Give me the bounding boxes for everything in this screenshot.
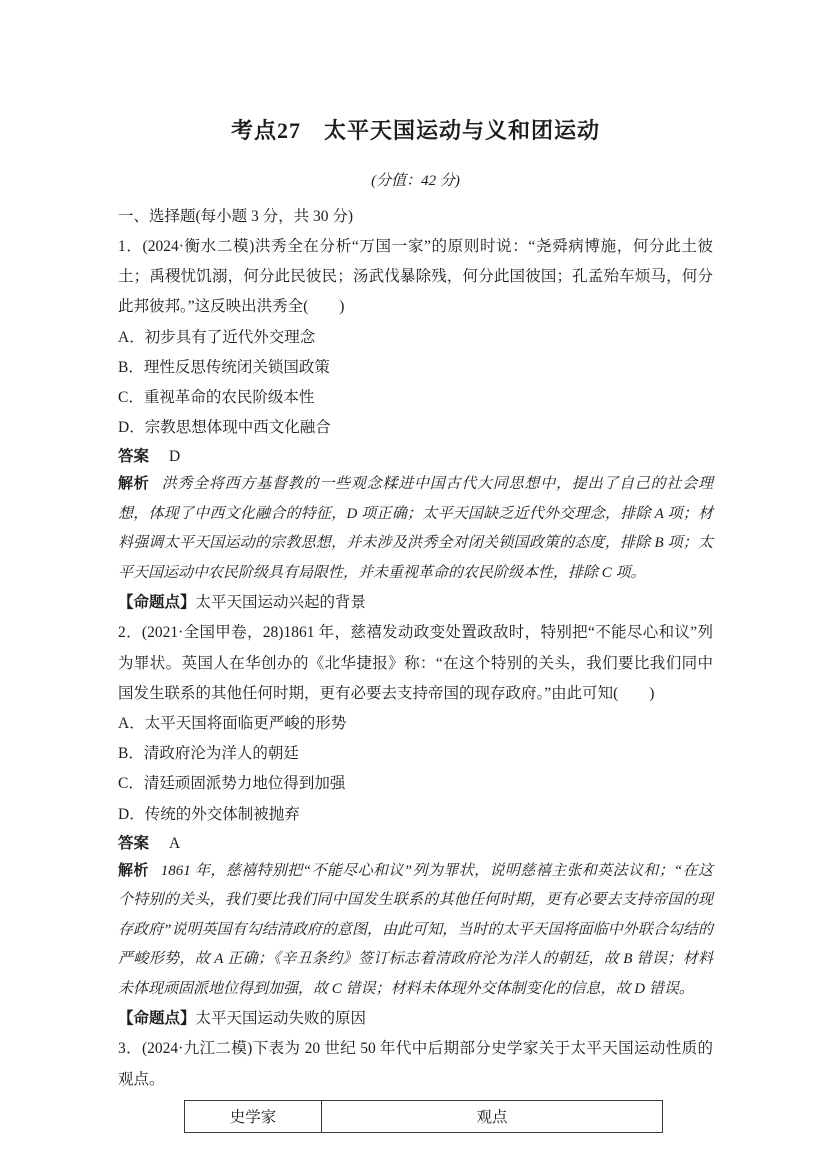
- question-1-analysis-text: 洪秀全将西方基督教的一些观念糅进中国古代大同思想中，提出了自己的社会理想，体现了…: [118, 476, 713, 581]
- section-heading: 一、选择题(每小题 3 分，共 30 分): [118, 202, 713, 232]
- question-1-analysis: 解析洪秀全将西方基督教的一些观念糅进中国古代大同思想中，提出了自己的社会理想，体…: [118, 470, 713, 588]
- table-header-historian: 史学家: [185, 1100, 322, 1132]
- question-2-answer-line: 答案A: [118, 830, 713, 857]
- question-2-option-d: D．传统的外交体制被抛弃: [118, 800, 713, 830]
- score-note: (分值：42 分): [118, 170, 713, 192]
- question-1: 1．(2024·衡水二模)洪秀全在分析“万国一家”的原则时说：“尧舜病博施，何分…: [118, 232, 713, 618]
- question-2-topic-line: 【命题点】太平天国运动失败的原因: [118, 1004, 713, 1034]
- question-2: 2．(2021·全国甲卷，28)1861 年，慈禧发动政变处置政敌时，特别把“不…: [118, 618, 713, 1034]
- question-2-stem: 2．(2021·全国甲卷，28)1861 年，慈禧发动政变处置政敌时，特别把“不…: [118, 618, 713, 709]
- table-header-row: 史学家 观点: [185, 1100, 663, 1132]
- question-1-option-d: D．宗教思想体现中西文化融合: [118, 413, 713, 443]
- answer-label: 答案: [118, 448, 149, 465]
- analysis-label: 解析: [118, 863, 149, 879]
- question-1-option-c: C．重视革命的农民阶级本性: [118, 383, 713, 413]
- worksheet-page: 考点27 太平天国运动与义和团运动 (分值：42 分) 一、选择题(每小题 3 …: [0, 0, 827, 1169]
- question-3-stem: 3．(2024·九江二模)下表为 20 世纪 50 年代中后期部分史学家关于太平…: [118, 1034, 713, 1094]
- question-1-stem: 1．(2024·衡水二模)洪秀全在分析“万国一家”的原则时说：“尧舜病博施，何分…: [118, 232, 713, 323]
- question-2-option-b: B．清政府沦为洋人的朝廷: [118, 739, 713, 769]
- question-1-option-b: B．理性反思传统闭关锁国政策: [118, 353, 713, 383]
- question-2-option-a: A．太平天国将面临更严峻的形势: [118, 709, 713, 739]
- topic-prefix: 【命题点】: [118, 1010, 196, 1027]
- question-2-option-c: C．清廷顽固派势力地位得到加强: [118, 769, 713, 799]
- historians-views-table: 史学家 观点: [184, 1100, 663, 1133]
- page-title: 考点27 太平天国运动与义和团运动: [118, 116, 713, 146]
- question-1-option-a: A．初步具有了近代外交理念: [118, 323, 713, 353]
- question-3: 3．(2024·九江二模)下表为 20 世纪 50 年代中后期部分史学家关于太平…: [118, 1034, 713, 1132]
- topic-prefix: 【命题点】: [118, 594, 196, 611]
- question-1-answer: D: [169, 448, 180, 465]
- answer-label: 答案: [118, 835, 149, 852]
- analysis-label: 解析: [118, 476, 150, 492]
- question-2-topic: 太平天国运动失败的原因: [196, 1010, 367, 1027]
- question-1-answer-line: 答案D: [118, 443, 713, 470]
- question-2-analysis-text: 1861 年，慈禧特别把“不能尽心和议”列为罪状，说明慈禧主张和英法议和；“在这…: [118, 863, 713, 997]
- question-1-topic-line: 【命题点】太平天国运动兴起的背景: [118, 588, 713, 618]
- question-1-topic: 太平天国运动兴起的背景: [196, 594, 367, 611]
- table-header-view: 观点: [322, 1100, 663, 1132]
- question-2-analysis: 解析1861 年，慈禧特别把“不能尽心和议”列为罪状，说明慈禧主张和英法议和；“…: [118, 857, 713, 1005]
- question-2-answer: A: [169, 835, 180, 852]
